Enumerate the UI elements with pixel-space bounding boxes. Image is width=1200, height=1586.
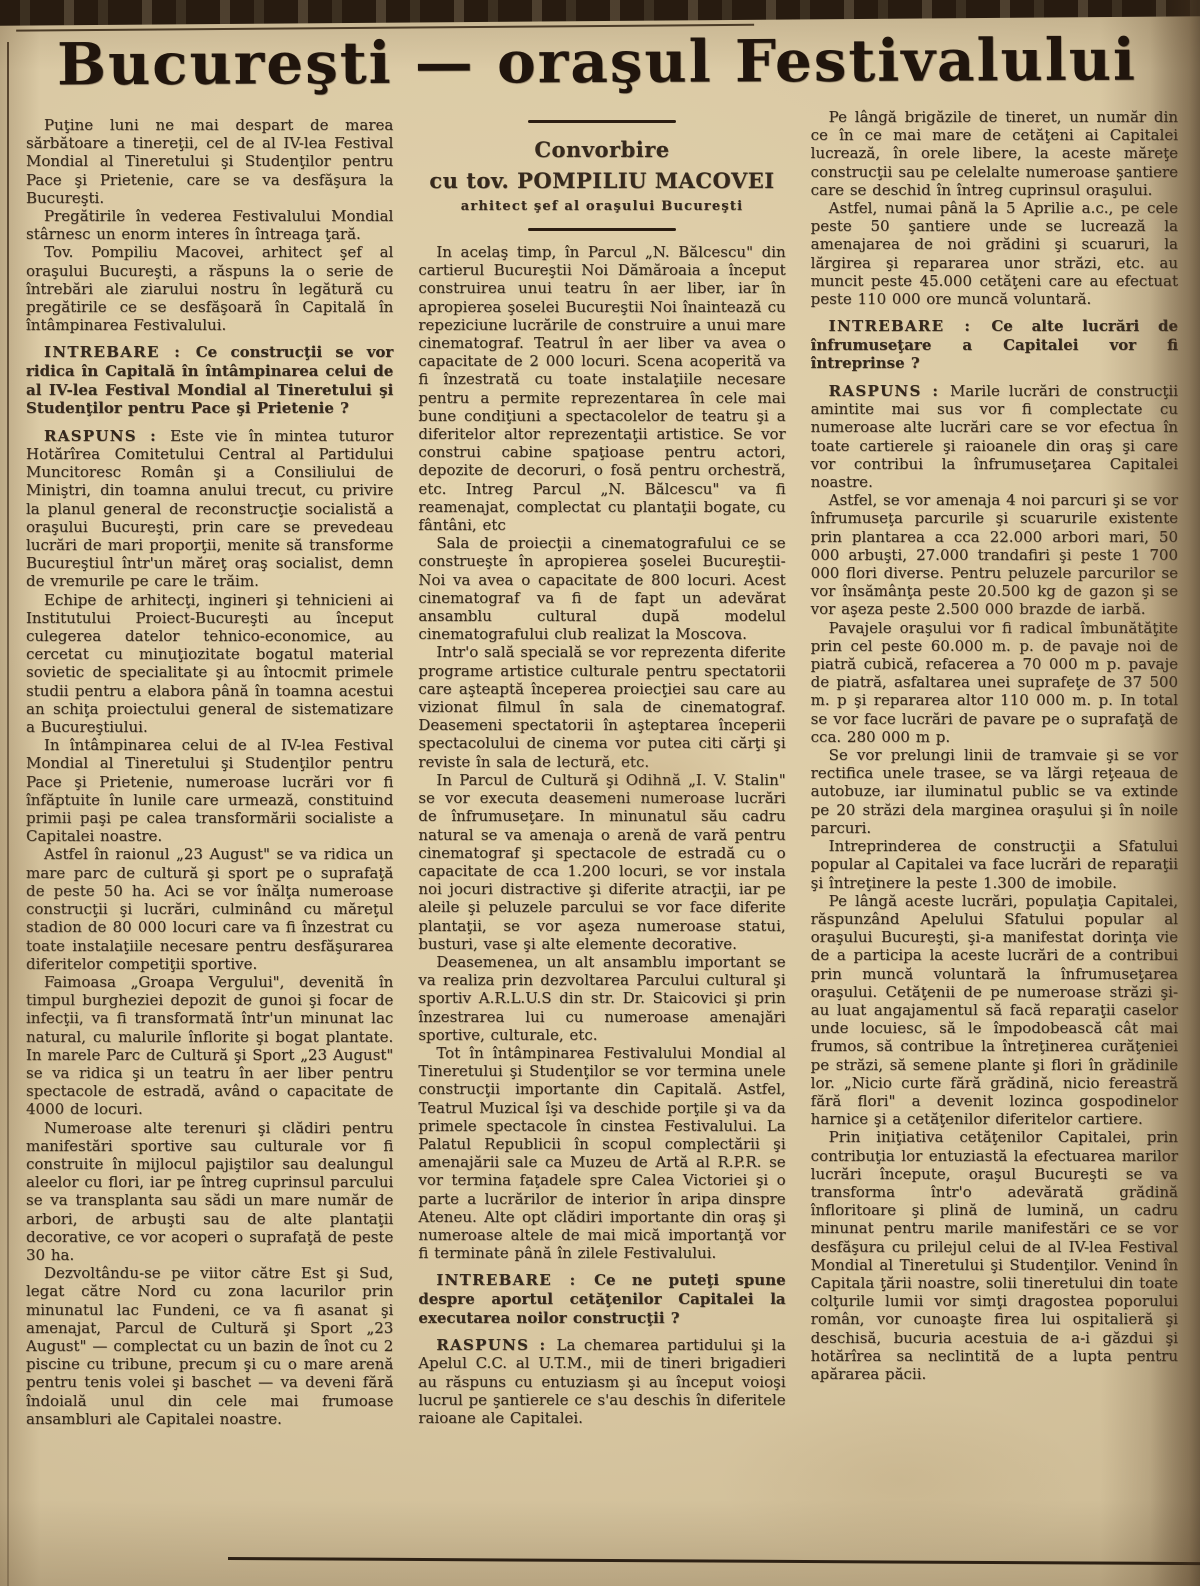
body-paragraph: Puţine luni ne mai despart de marea sărb…: [26, 116, 393, 207]
paragraph-lead: RASPUNS :: [44, 427, 170, 445]
newspaper-page: Bucureşti — oraşul Festivalului Puţine l…: [0, 0, 1200, 1586]
article-columns: Puţine luni ne mai despart de marea sărb…: [26, 116, 1178, 1572]
answer-paragraph: RASPUNS : La chemarea partidului şi la A…: [418, 1336, 785, 1427]
question-paragraph: INTREBARE : Ce construcţii se vor ridica…: [26, 343, 393, 417]
answer-paragraph: RASPUNS : Marile lucrări de construcţii …: [811, 382, 1178, 491]
body-paragraph: Se vor prelungi linii de tramvaie şi se …: [811, 746, 1178, 837]
answer-paragraph: RASPUNS : Este vie în mintea tuturor Hot…: [26, 427, 393, 591]
body-paragraph: Tov. Pompiliu Macovei, arhitect şef al o…: [26, 243, 393, 334]
decorative-rule-top: [528, 120, 676, 123]
paragraph-lead: RASPUNS :: [436, 1336, 556, 1354]
paragraph-lead: INTREBARE :: [44, 343, 196, 361]
body-paragraph: In Parcul de Cultură şi Odihnă „I. V. St…: [418, 771, 785, 953]
body-paragraph: Sala de proiecţii a cinematografului ce …: [418, 534, 785, 643]
interview-kicker: Convorbire: [418, 137, 785, 162]
body-paragraph: Intr'o sală specială se vor reprezenta d…: [418, 643, 785, 770]
body-paragraph: Pe lângă aceste lucrări, populaţia Capit…: [811, 892, 1178, 1129]
body-paragraph: Intreprinderea de construcţii a Sfatului…: [811, 837, 1178, 892]
body-paragraph: Pregătirile în vederea Festivalului Mond…: [26, 207, 393, 243]
left-column-rule: [7, 42, 9, 1586]
body-paragraph: In întâmpinarea celui de al IV-lea Festi…: [26, 736, 393, 845]
body-paragraph: Prin iniţiativa cetăţenilor Capitalei, p…: [811, 1128, 1178, 1383]
body-paragraph: Echipe de arhitecţi, ingineri şi tehnici…: [26, 591, 393, 737]
column-2: Convorbire cu tov. POMPILIU MACOVEI arhi…: [418, 116, 785, 1427]
body-paragraph: Numeroase alte terenuri şi clădiri pentr…: [26, 1119, 393, 1265]
body-paragraph: Astfel, numai până la 5 Aprilie a.c., pe…: [811, 199, 1178, 308]
paragraph-lead: RASPUNS :: [829, 382, 950, 400]
column-3: Pe lângă brigăzile de tineret, un număr …: [811, 108, 1178, 1383]
body-paragraph: In acelaş timp, în Parcul „N. Bălcescu" …: [418, 243, 785, 534]
body-paragraph: Pavajele oraşului vor fi radical îmbunăt…: [811, 619, 1178, 746]
paragraph-lead: INTREBARE :: [829, 317, 992, 335]
column-2-body: In acelaş timp, în Parcul „N. Bălcescu" …: [418, 243, 785, 1427]
interviewee-name: cu tov. POMPILIU MACOVEI: [418, 168, 785, 193]
interview-byline-box: Convorbire cu tov. POMPILIU MACOVEI arhi…: [418, 120, 785, 231]
column-1: Puţine luni ne mai despart de marea sărb…: [26, 116, 393, 1428]
question-paragraph: INTREBARE : Ce alte lucrări de înfrumuse…: [811, 317, 1178, 373]
article-headline: Bucureşti — oraşul Festivalului: [40, 26, 1154, 99]
torn-edge-band: [0, 0, 1200, 26]
body-paragraph: Deasemenea, un alt ansamblu important se…: [418, 953, 785, 1044]
interviewee-role: arhitect şef al oraşului Bucureşti: [418, 199, 785, 214]
body-paragraph: Dezvoltându-se pe viitor către Est şi Su…: [26, 1264, 393, 1428]
body-paragraph: Tot în întâmpinarea Festivalului Mondial…: [418, 1044, 785, 1262]
body-paragraph: Faimoasa „Groapa Vergului", devenită în …: [26, 973, 393, 1119]
paragraph-lead: INTREBARE :: [436, 1271, 594, 1289]
body-paragraph: Pe lângă brigăzile de tineret, un număr …: [811, 108, 1178, 199]
decorative-rule-bottom: [528, 228, 676, 231]
question-paragraph: INTREBARE : Ce ne puteţi spune despre ap…: [418, 1271, 785, 1327]
body-paragraph: Astfel în raionul „23 August" se va ridi…: [26, 845, 393, 972]
body-paragraph: Astfel, se vor amenaja 4 noi parcuri şi …: [811, 491, 1178, 618]
